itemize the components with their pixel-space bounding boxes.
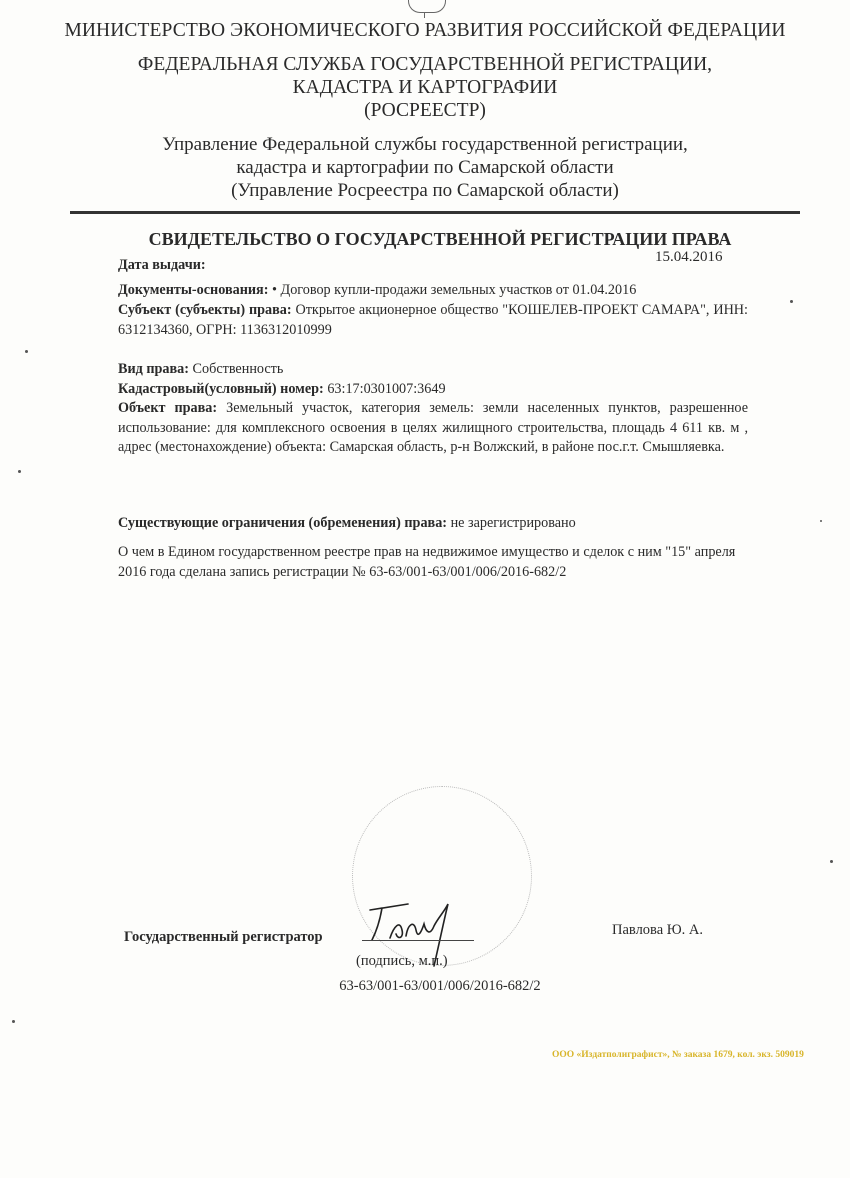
right-type-value: Собственность (189, 361, 283, 377)
service-heading: ФЕДЕРАЛЬНАЯ СЛУЖБА ГОСУДАРСТВЕННОЙ РЕГИС… (0, 53, 850, 122)
signature-caption: (подпись, м.п.) (356, 953, 448, 970)
service-heading-line3: (РОСРЕЕСТР) (0, 99, 850, 122)
state-emblem-tip (424, 12, 429, 18)
service-heading-line1: ФЕДЕРАЛЬНАЯ СЛУЖБА ГОСУДАРСТВЕННОЙ РЕГИС… (0, 53, 850, 76)
ministry-heading: МИНИСТЕРСТВО ЭКОНОМИЧЕСКОГО РАЗВИТИЯ РОС… (0, 20, 850, 42)
right-object-label: Объект права: (118, 400, 217, 416)
registry-entry-note: О чем в Едином государственном реестре п… (118, 543, 758, 582)
scan-speck (12, 1020, 15, 1023)
department-heading-line3: (Управление Росреестра по Самарской обла… (0, 179, 850, 202)
encumbrances: Существующие ограничения (обременения) п… (118, 514, 576, 534)
encumbrances-value: не зарегистрировано (447, 515, 576, 531)
header-divider (70, 211, 800, 214)
registrar-name: Павлова Ю. А. (612, 922, 703, 939)
basis-documents-label: Документы-основания: (118, 282, 268, 298)
cadastral-number-label: Кадастровый(условный) номер: (118, 381, 324, 397)
right-object: Объект права: Земельный участок, категор… (118, 399, 748, 458)
printer-imprint: ООО «Издатполиграфист», № заказа 1679, к… (552, 1050, 804, 1060)
issue-date-value: 15.04.2016 (655, 249, 723, 266)
department-heading-line1: Управление Федеральной службы государств… (0, 133, 850, 156)
basis-documents-value: • Договор купли-продажи земельных участк… (268, 282, 636, 298)
right-holder-label: Субъект (субъекты) права: (118, 302, 292, 318)
right-holder: Субъект (субъекты) права: Открытое акцио… (118, 301, 748, 340)
encumbrances-label: Существующие ограничения (обременения) п… (118, 515, 447, 531)
cadastral-number: Кадастровый(условный) номер: 63:17:03010… (118, 380, 446, 400)
service-heading-line2: КАДАСТРА И КАРТОГРАФИИ (0, 76, 850, 99)
scan-speck (790, 300, 793, 303)
registrar-label: Государственный регистратор (124, 929, 323, 946)
scan-speck (25, 350, 28, 353)
right-type-label: Вид права: (118, 361, 189, 377)
scan-speck (830, 860, 833, 863)
issue-date-label: Дата выдачи: (118, 256, 206, 276)
right-type: Вид права: Собственность (118, 360, 283, 380)
registration-number: 63-63/001-63/001/006/2016-682/2 (0, 978, 850, 995)
scan-speck (820, 520, 822, 522)
scan-speck (18, 470, 21, 473)
cadastral-number-value: 63:17:0301007:3649 (324, 381, 446, 397)
department-heading-line2: кадастра и картографии по Самарской обла… (0, 156, 850, 179)
certificate-title: СВИДЕТЕЛЬСТВО О ГОСУДАРСТВЕННОЙ РЕГИСТРА… (0, 229, 850, 250)
department-heading: Управление Федеральной службы государств… (0, 133, 850, 202)
basis-documents: Документы-основания: • Договор купли-про… (118, 281, 636, 301)
signature-line (362, 940, 474, 941)
